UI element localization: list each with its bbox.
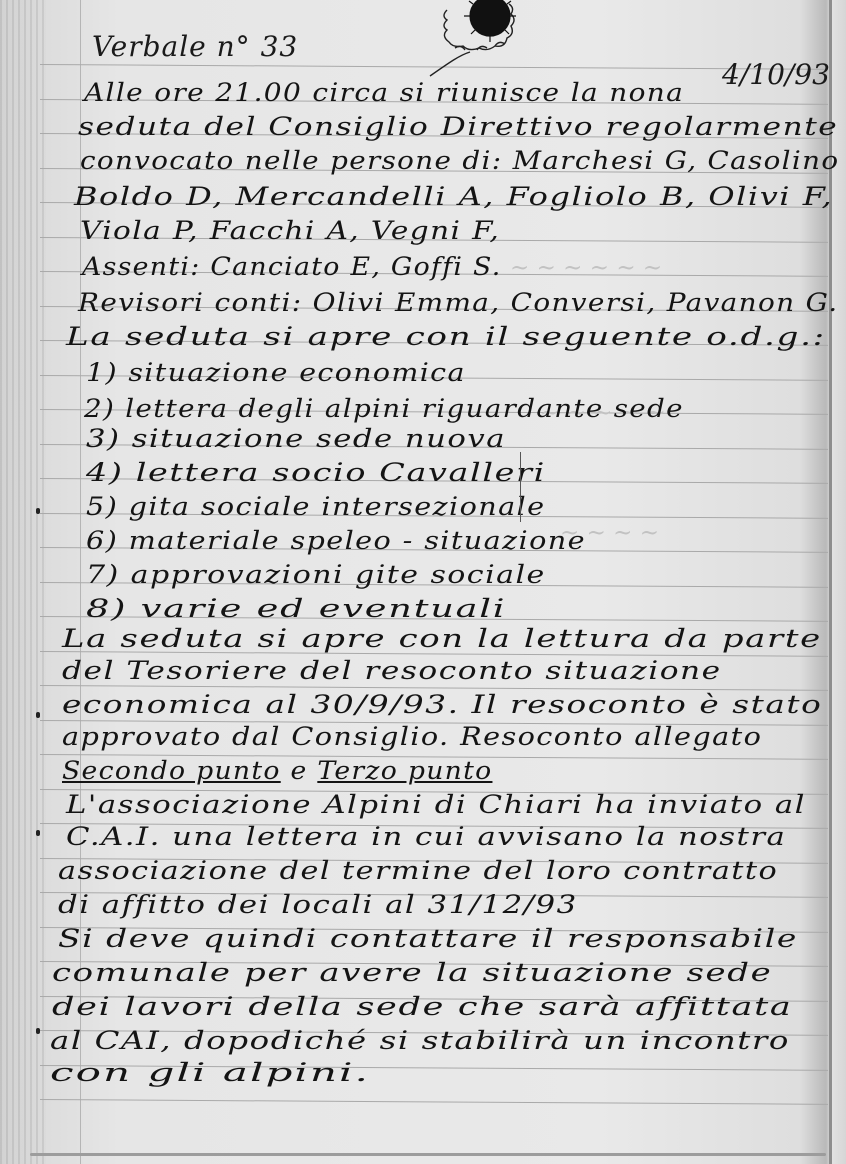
bleed-through-text: ~ ~ ~ ~ ~ ~ <box>510 255 662 281</box>
handwritten-line: 6) materiale speleo - situazione <box>86 526 586 555</box>
handwritten-line: Revisori conti: Olivi Emma, Conversi, Pa… <box>78 288 838 317</box>
handwritten-line: 2) lettera degli alpini riguardante sede <box>84 394 684 423</box>
handwritten-line: Assenti: Canciato E, Goffi S. <box>82 252 502 281</box>
handwritten-line: convocato nelle persone di: Marchesi G, … <box>80 146 839 175</box>
handwritten-line: C.A.I. una lettera in cui avvisano la no… <box>66 822 786 851</box>
handwritten-line: di affitto dei locali al 31/12/93 <box>58 890 578 919</box>
handwritten-line: economica al 30/9/93. Il resoconto è sta… <box>62 690 822 719</box>
ruled-line <box>40 1099 828 1105</box>
handwritten-line: comunale per avere la situazione sede <box>52 958 772 987</box>
handwritten-line: 8) varie ed eventuali <box>86 594 506 623</box>
handwritten-line: Boldo D, Mercandelli A, Fogliolo B, Oliv… <box>74 182 833 211</box>
flower-doodle-icon <box>425 0 555 80</box>
document-date: 4/10/93 <box>722 58 830 91</box>
handwritten-line: 3) situazione sede nuova <box>86 424 506 453</box>
margin-dot <box>36 508 40 514</box>
handwritten-line: 7) approvazioni gite sociale <box>86 560 546 589</box>
handwritten-line: Secondo punto e Terzo punto <box>62 756 492 785</box>
handwritten-line: al CAI, dopodiché si stabilirà un incont… <box>50 1026 790 1055</box>
handwritten-line: La seduta si apre con la lettura da part… <box>62 624 822 653</box>
pencil-mark <box>520 452 521 522</box>
handwritten-line: del Tesoriere del resoconto situazione <box>62 656 722 685</box>
handwritten-line: seduta del Consiglio Direttivo regolarme… <box>78 112 838 141</box>
page-bottom-edge <box>30 1153 826 1156</box>
handwritten-line: 4) lettera socio Cavalleri <box>86 458 546 487</box>
handwritten-line: associazione del termine del loro contra… <box>58 856 778 885</box>
handwritten-line: approvato dal Consiglio. Resoconto alleg… <box>62 722 762 751</box>
handwritten-line: 5) gita sociale intersezionale <box>86 492 545 521</box>
page-title: Verbale n° 33 <box>92 30 298 63</box>
handwritten-line: Viola P, Facchi A, Vegni F, <box>80 216 500 245</box>
margin-dot <box>36 712 40 718</box>
margin-dot <box>36 830 40 836</box>
handwritten-line: 1) situazione economica <box>86 358 466 387</box>
notebook-page: ~ ~ ~ ~ ~ ~ ~ ~ ~ ~ ~ ~ ~ ~ ~ Verbale n°… <box>0 0 846 1164</box>
handwritten-line: L'associazione Alpini di Chiari ha invia… <box>66 790 806 819</box>
handwritten-line: La seduta si apre con il seguente o.d.g.… <box>66 322 826 351</box>
handwritten-line: con gli alpini. <box>50 1058 370 1087</box>
handwritten-line: Alle ore 21.00 circa si riunisce la nona <box>84 78 684 107</box>
margin-dot <box>36 1028 40 1034</box>
handwritten-line: Si deve quindi contattare il responsabil… <box>58 924 798 953</box>
handwritten-line: dei lavori della sede che sarà affittata <box>52 992 793 1021</box>
